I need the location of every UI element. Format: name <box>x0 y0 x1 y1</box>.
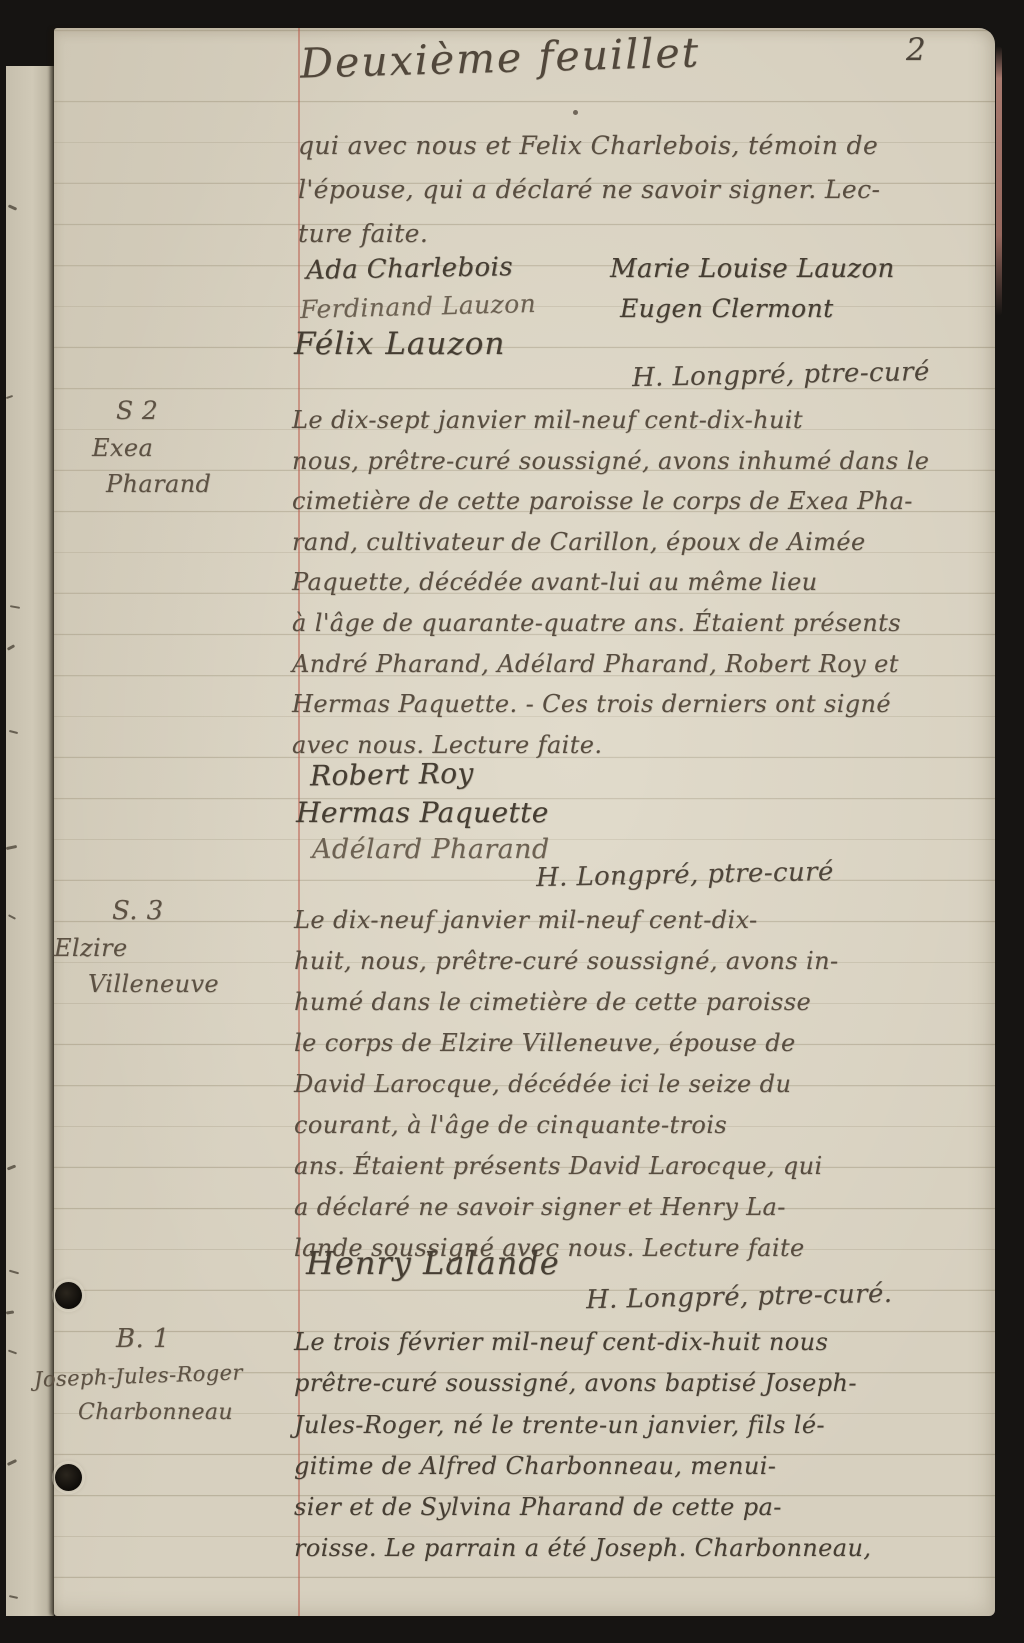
edge-ink-mark <box>8 1350 17 1355</box>
body-line: à l'âge de quarante-quatre ans. Étaient … <box>292 603 929 644</box>
body-line: humé dans le cimetière de cette paroisse <box>294 982 838 1023</box>
body-line: Le trois février mil-neuf cent-dix-huit … <box>294 1322 871 1363</box>
witness-signature: Marie Louise Lauzon <box>610 254 895 284</box>
body-line: Hermas Paquette. - Ces trois derniers on… <box>292 684 929 725</box>
scanned-register-photo: 2 Deuxième feuillet qui avec nous et Fel… <box>0 0 1024 1643</box>
witness-signature: Adélard Pharand <box>312 834 550 865</box>
edge-ink-mark <box>7 1164 16 1170</box>
priest-signature: H. Longpré, ptre-curé <box>632 357 930 393</box>
witness-signature: Ferdinand Lauzon <box>300 289 537 324</box>
page-title: Deuxième feuillet <box>299 28 700 87</box>
witness-signature: Ada Charlebois <box>306 252 514 286</box>
body-line: prêtre-curé soussigné, avons baptisé Jos… <box>294 1363 871 1404</box>
body-line: Paquette, décédée avant-lui au même lieu <box>292 562 929 603</box>
body-line: a déclaré ne savoir signer et Henry La- <box>294 1187 838 1228</box>
page-number: 2 <box>906 32 926 68</box>
underlying-page-edge <box>996 46 1002 316</box>
witness-signature: Robert Roy <box>310 757 474 793</box>
margin-ref-s3: S. 3 <box>112 896 164 926</box>
edge-ink-mark <box>6 1310 14 1314</box>
margin-ref-s2: S 2 <box>116 396 158 425</box>
body-line: gitime de Alfred Charbonneau, menui- <box>294 1446 871 1487</box>
ink-dot <box>573 110 578 115</box>
body-line: roisse. Le parrain a été Joseph. Charbon… <box>294 1528 871 1569</box>
edge-ink-mark <box>8 204 17 210</box>
edge-ink-mark <box>6 395 13 399</box>
body-line: nous, prêtre-curé soussigné, avons inhum… <box>292 441 929 482</box>
margin-ref-b1: B. 1 <box>116 1324 170 1354</box>
margin-name-b1: Charbonneau <box>78 1400 233 1425</box>
punch-hole <box>55 1282 82 1309</box>
margin-name-b1: Joseph-Jules-Roger <box>34 1360 244 1391</box>
body-line: David Larocque, décédée ici le seize du <box>294 1064 838 1105</box>
priest-signature: H. Longpré, ptre-curé. <box>586 1279 893 1315</box>
entry-continuation-body: qui avec nous et Felix Charlebois, témoi… <box>298 124 880 256</box>
body-line: courant, à l'âge de cinquante-trois <box>294 1105 838 1146</box>
body-line: rand, cultivateur de Carillon, époux de … <box>292 522 929 563</box>
punch-hole <box>55 1464 82 1491</box>
witness-signature: Eugen Clermont <box>620 294 834 323</box>
margin-name-s2: Pharand <box>106 470 211 498</box>
margin-name-s3: Villeneuve <box>88 970 219 998</box>
witness-signature: Hermas Paquette <box>296 796 549 829</box>
body-line: cimetière de cette paroisse le corps de … <box>292 481 929 522</box>
edge-ink-mark <box>7 644 15 651</box>
entry-s2-body: Le dix-sept janvier mil-neuf cent-dix-hu… <box>292 400 929 765</box>
margin-name-s3: Elzire <box>54 934 128 962</box>
body-line: Le dix-neuf janvier mil-neuf cent-dix- <box>294 900 838 941</box>
body-line: André Pharand, Adélard Pharand, Robert R… <box>292 644 929 685</box>
edge-ink-mark <box>7 1459 17 1466</box>
entry-s3-body: Le dix-neuf janvier mil-neuf cent-dix- h… <box>294 900 838 1269</box>
body-line: ans. Étaient présents David Larocque, qu… <box>294 1146 838 1187</box>
edge-ink-mark <box>6 845 17 850</box>
entry-b1-body: Le trois février mil-neuf cent-dix-huit … <box>294 1322 871 1570</box>
edge-ink-mark <box>9 730 18 734</box>
body-line: ture faite. <box>298 212 880 256</box>
witness-signature: Félix Lauzon <box>294 326 505 362</box>
body-line: Le dix-sept janvier mil-neuf cent-dix-hu… <box>292 400 929 441</box>
body-line: sier et de Sylvina Pharand de cette pa- <box>294 1487 871 1528</box>
register-page: 2 Deuxième feuillet qui avec nous et Fel… <box>54 28 995 1616</box>
edge-ink-mark <box>9 1595 18 1599</box>
edge-ink-mark <box>10 605 20 609</box>
margin-name-s2: Exea <box>92 434 153 462</box>
body-line: Jules-Roger, né le trente-un janvier, fi… <box>294 1405 871 1446</box>
witness-signature: Henry Lalande <box>306 1244 560 1282</box>
body-line: huit, nous, prêtre-curé soussigné, avons… <box>294 941 838 982</box>
body-line: le corps de Elzire Villeneuve, épouse de <box>294 1023 838 1064</box>
edge-ink-mark <box>9 1270 19 1275</box>
priest-signature: H. Longpré, ptre-curé <box>536 857 834 893</box>
edge-ink-mark <box>8 914 16 920</box>
body-line: l'épouse, qui a déclaré ne savoir signer… <box>298 168 880 212</box>
body-line: qui avec nous et Felix Charlebois, témoi… <box>298 124 880 168</box>
